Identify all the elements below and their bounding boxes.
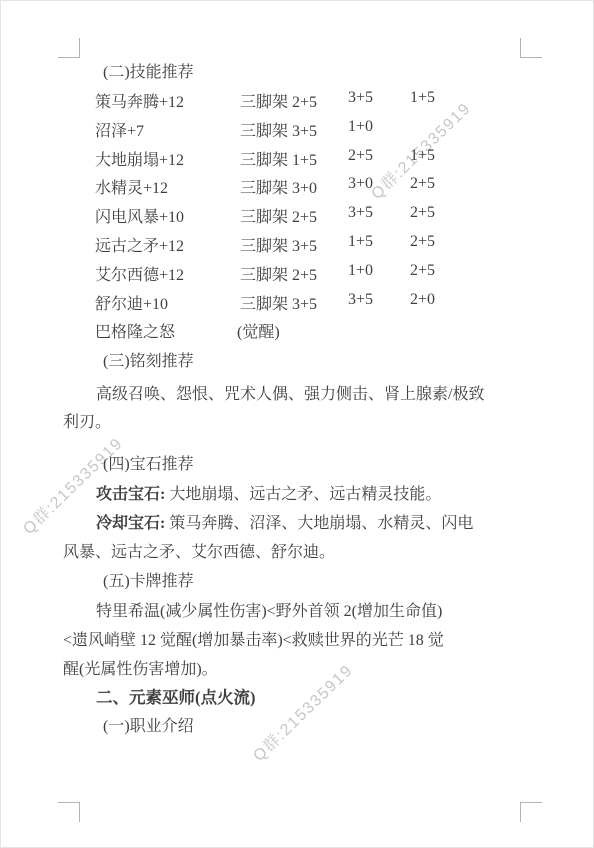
skill-tripod: 三脚架 3+0 [240, 175, 317, 198]
section-skills-heading: (二)技能推荐 [103, 63, 194, 83]
table-row: 闪电风暴+10 三脚架 2+5 3+5 2+5 [0, 200, 594, 229]
skill-tripod-3: 2+5 [410, 204, 435, 222]
table-row: 水精灵+12 三脚架 3+0 3+0 2+5 [0, 171, 594, 200]
corner-mark-top-left [58, 38, 80, 58]
skill-tripod-2: 3+0 [348, 175, 373, 193]
skill-tripod-3: 2+5 [410, 262, 435, 280]
corner-mark-bottom-right [520, 802, 542, 822]
table-row: 远古之矛+12 三脚架 3+5 1+5 2+5 [0, 229, 594, 258]
skill-tripod: 三脚架 3+5 [240, 233, 317, 256]
skill-tripod-2: 3+5 [348, 89, 373, 107]
skill-tripod-2: 1+0 [348, 118, 373, 136]
table-row: 艾尔西德+12 三脚架 2+5 1+0 2+5 [0, 258, 594, 287]
skill-name: 远古之矛+12 [95, 233, 184, 256]
table-row: 大地崩塌+12 三脚架 1+5 2+5 1+5 [0, 143, 594, 172]
cards-text-line2: <遗风峭壁 12 觉醒(增加暴击率)<救赎世界的光芒 18 觉 [63, 631, 444, 651]
section-intro-heading: (一)职业介绍 [103, 717, 194, 737]
table-row: 舒尔迪+10 三脚架 3+5 3+5 2+0 [0, 287, 594, 316]
cards-text-line3: 醒(光属性伤害增加)。 [63, 660, 218, 680]
section-inscription-heading: (三)铭刻推荐 [103, 352, 194, 372]
document-page: { "watermark": { "text": "Q群:215335919",… [0, 0, 594, 848]
skill-tripod: 三脚架 1+5 [240, 147, 317, 170]
skill-name: 策马奔腾+12 [95, 89, 184, 112]
skill-name: 舒尔迪+10 [95, 291, 168, 314]
skill-tripod-2: 3+5 [348, 291, 373, 309]
skill-name: 闪电风暴+10 [95, 204, 184, 227]
skill-awakening-note: (觉醒) [237, 319, 280, 342]
cards-text-line1: 特里希温(减少属性伤害)<野外首领 2(增加生命值) [96, 602, 442, 622]
cooldown-gems-label: 冷却宝石: [96, 515, 165, 532]
skill-tripod-2: 3+5 [348, 204, 373, 222]
skill-name: 大地崩塌+12 [95, 147, 184, 170]
skill-tripod-3: 2+0 [410, 291, 435, 309]
skill-tripod: 三脚架 2+5 [240, 204, 317, 227]
cooldown-gems-text: 策马奔腾、沼泽、大地崩塌、水精灵、闪电 [169, 515, 473, 532]
skill-tripod: 三脚架 3+5 [240, 118, 317, 141]
skill-tripod-3: 1+5 [410, 147, 435, 165]
cooldown-gems-wrap-line: 风暴、远古之矛、艾尔西德、舒尔迪。 [63, 543, 335, 563]
attack-gems-text: 大地崩塌、远古之矛、远古精灵技能。 [169, 486, 441, 503]
skill-tripod-2: 1+5 [348, 233, 373, 251]
skill-tripod: 三脚架 2+5 [240, 89, 317, 112]
attack-gems-label: 攻击宝石: [96, 486, 165, 503]
skill-table: 策马奔腾+12 三脚架 2+5 3+5 1+5 沼泽+7 三脚架 3+5 1+0… [0, 85, 594, 344]
skill-tripod: 三脚架 3+5 [240, 291, 317, 314]
chapter-2-heading: 二、元素巫师(点火流) [96, 688, 256, 708]
skill-name: 艾尔西德+12 [95, 262, 184, 285]
skill-name: 沼泽+7 [95, 118, 144, 141]
qq-group-watermark: Q群:215335919 [247, 658, 357, 766]
cooldown-gems-line: 冷却宝石: 策马奔腾、沼泽、大地崩塌、水精灵、闪电 [96, 514, 473, 534]
inscription-text-line1: 高级召唤、怨恨、咒术人偶、强力侧击、肾上腺素/极致 [96, 385, 484, 405]
section-cards-heading: (五)卡牌推荐 [103, 572, 194, 592]
skill-tripod-3: 2+5 [410, 175, 435, 193]
skill-tripod-2: 1+0 [348, 262, 373, 280]
table-row: 策马奔腾+12 三脚架 2+5 3+5 1+5 [0, 85, 594, 114]
section-gems-heading: (四)宝石推荐 [103, 455, 194, 475]
inscription-text-line2: 利刃。 [63, 413, 111, 433]
skill-tripod-3: 2+5 [410, 233, 435, 251]
corner-mark-bottom-left [58, 802, 80, 822]
corner-mark-top-right [520, 38, 542, 58]
skill-name: 水精灵+12 [95, 175, 168, 198]
table-row: 沼泽+7 三脚架 3+5 1+0 [0, 114, 594, 143]
skill-tripod: 三脚架 2+5 [240, 262, 317, 285]
skill-tripod-2: 2+5 [348, 147, 373, 165]
attack-gems-line: 攻击宝石: 大地崩塌、远古之矛、远古精灵技能。 [96, 485, 441, 505]
table-row: 巴格隆之怒 (觉醒) [0, 315, 594, 344]
skill-name: 巴格隆之怒 [95, 319, 175, 342]
skill-tripod-3: 1+5 [410, 89, 435, 107]
